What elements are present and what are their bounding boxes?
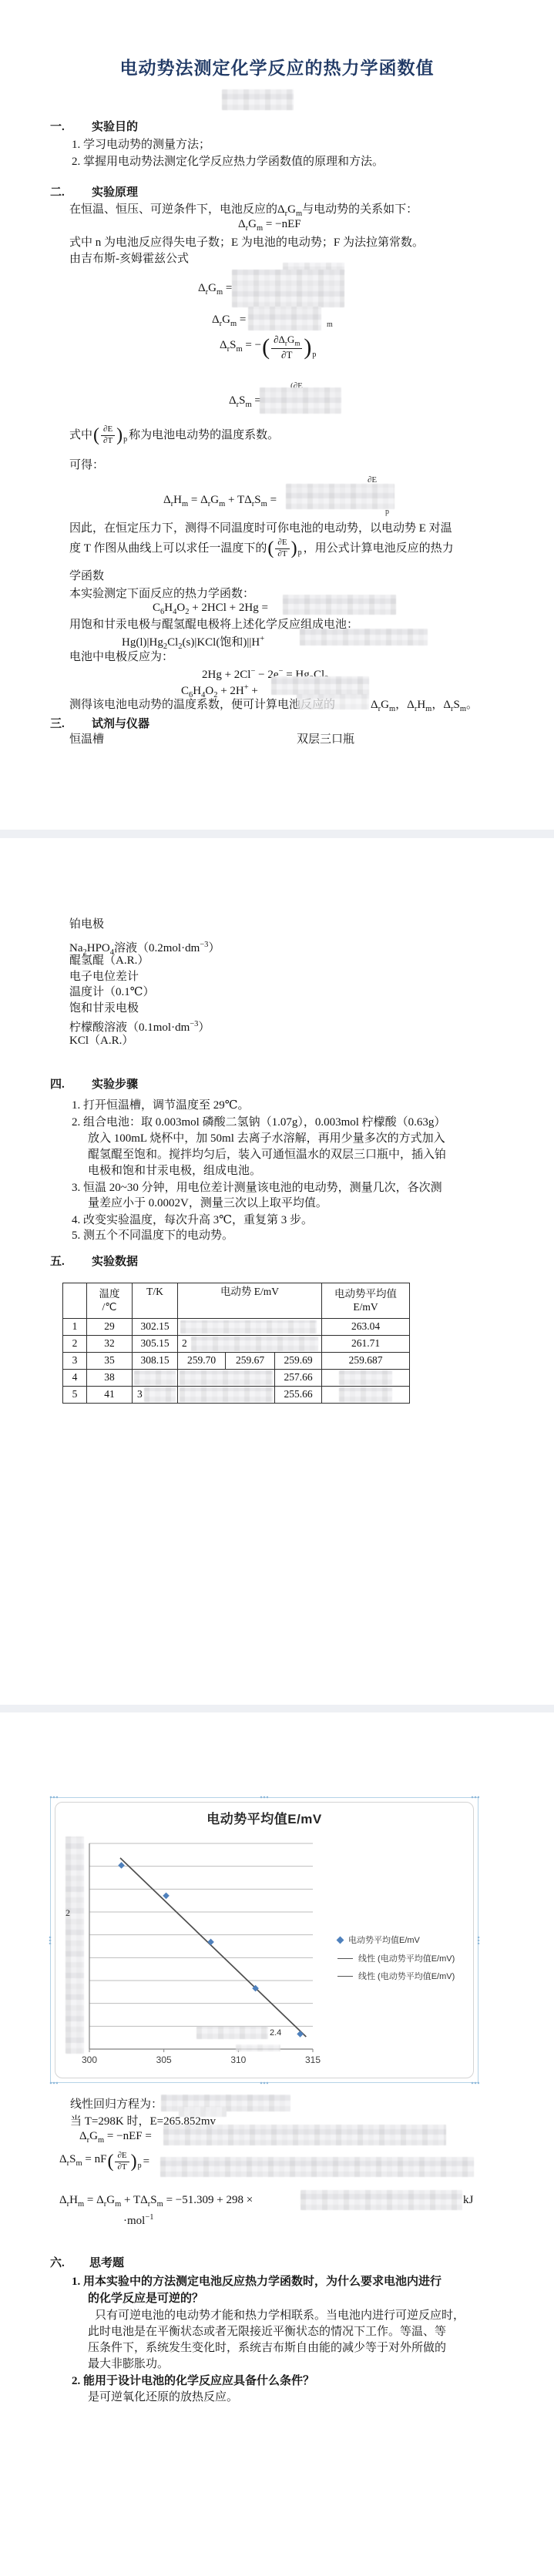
selection-handle[interactable] xyxy=(49,1796,58,1799)
page-2: 铂电极 Na2HPO4溶液（0.2mol·dm−3） 醌氢醌（A.R.） 电子电… xyxy=(0,838,554,1705)
paren: ( xyxy=(267,539,274,558)
table-header: T/K xyxy=(133,1283,178,1319)
table-cell xyxy=(178,1370,275,1387)
procedure-step: 2. 组合电池：取 0.003mol 磷酸二氢钠（1.07g），0.003mol… xyxy=(72,1115,445,1130)
trendline-icon xyxy=(337,1976,353,1977)
entropy-calculation: ΔrSm = nF ( ∂E ∂T ) p = xyxy=(59,2152,149,2172)
table-cell xyxy=(133,1370,178,1387)
fraction: ∂ΔrGm ∂T xyxy=(271,334,302,361)
reagent-item: 饱和甘汞电极 xyxy=(69,1001,139,1016)
procedure-step: 4. 改变实验温度，每次升高 3℃，重复第 3 步。 xyxy=(72,1213,313,1228)
procedure-step: 1. 打开恒温槽，调节温度至 29℃。 xyxy=(72,1098,250,1113)
selection-handle[interactable] xyxy=(260,1796,268,1799)
section3-number: 三. xyxy=(50,716,65,732)
fraction: ∂E ∂T xyxy=(275,538,289,558)
table-cell xyxy=(178,1387,275,1404)
procedure-step: 量差应小于 0.0002V，测量三次以上取平均值。 xyxy=(88,1196,327,1211)
table-header: 电动势平均值 E/mV xyxy=(322,1283,410,1319)
principle-paragraph: 本实验测定下面反应的热力学函数： xyxy=(69,586,254,602)
subscript-p: p xyxy=(123,432,127,448)
equation-redaction xyxy=(300,629,428,646)
table-cell: 305.15 xyxy=(133,1336,178,1353)
page-1: 电动势法测定化学反应的热力学函数值 一. 实验目的 1. 学习电动势的测量方法；… xyxy=(0,0,554,830)
text: 称为电池电动势的温度系数。 xyxy=(129,428,279,443)
calculation-redaction xyxy=(160,2157,474,2177)
formula-lhs: ΔrGm = xyxy=(198,280,232,300)
legend-label: 电动势平均值E/mV xyxy=(348,1934,420,1946)
legend-item[interactable]: 电动势平均值E/mV xyxy=(337,1935,420,1944)
table-row: 2 32 305.15 2 261.71 xyxy=(63,1336,410,1353)
formula-nEF: ΔrGm = −nEF xyxy=(238,216,301,236)
fraction: ∂E ∂T xyxy=(115,2152,129,2172)
subscript-p: p xyxy=(138,2158,142,2174)
trendline-equation-fragment: 2.4 xyxy=(270,2028,281,2038)
table-cell: 259.67 xyxy=(226,1353,275,1370)
paren: ) xyxy=(116,426,123,444)
selection-handle[interactable] xyxy=(260,2081,268,2085)
answer-2: 是可逆氧化还原的放热反应。 xyxy=(88,2390,238,2405)
paren: ( xyxy=(262,336,270,359)
legend-label: 线性 (电动势平均值E/mV) xyxy=(358,1970,455,1982)
scanned-lab-report: { "title": "电动势法测定化学反应的热力学函数值", "s1": {"… xyxy=(0,0,554,2576)
formula-redaction xyxy=(232,270,344,307)
table-row: 1 29 302.15 263.04 xyxy=(63,1319,410,1336)
x-tick-label: 300 xyxy=(82,2054,97,2065)
table-cell: 2 xyxy=(63,1336,87,1353)
procedure-step: 3. 恒温 20~30 分钟，用电位差计测量该电池的电动势，测量几次，各次测 xyxy=(72,1180,442,1196)
trendline-equation-redaction xyxy=(196,2027,268,2039)
table-cell: 3 xyxy=(133,1387,178,1404)
data-point[interactable] xyxy=(207,1939,214,1946)
objective-item: 2. 掌握用电动势法测定化学反应热力学函数值的原理和方法。 xyxy=(72,154,384,169)
trendline-icon xyxy=(337,1958,353,1959)
trendline xyxy=(120,1858,306,2037)
table-row: 3 35 308.15 259.70 259.67 259.69 259.687 xyxy=(63,1353,410,1370)
table-header: 温度 /℃ xyxy=(87,1283,133,1319)
enthalpy-formula: ΔrHm = ΔrGm + TΔrSm = xyxy=(163,492,277,512)
subscript-p: p xyxy=(312,347,316,363)
table-cell: 41 xyxy=(87,1387,133,1404)
formula-redaction xyxy=(260,387,341,414)
apparatus-item: 双层三口瓶 xyxy=(297,732,354,747)
table-cell: 29 xyxy=(87,1319,133,1336)
selection-handle[interactable] xyxy=(49,1936,52,1944)
table-cell: 35 xyxy=(87,1353,133,1370)
text-redaction xyxy=(297,694,369,709)
principle-paragraph: 可得： xyxy=(69,458,104,473)
table-row: 4 38 257.66 xyxy=(63,1370,410,1387)
table-cell: 5 xyxy=(63,1387,87,1404)
subscript-p: p xyxy=(298,545,302,561)
unit-fragment: kJ xyxy=(463,2192,473,2208)
table-cell xyxy=(322,1370,410,1387)
x-tick-label: 310 xyxy=(230,2054,246,2065)
question-1: 1. 用本实验中的方法测定电池反应热力学函数时，为什么要求电池内进行 xyxy=(72,2274,442,2289)
cell-redaction xyxy=(191,1337,318,1351)
selection-handle[interactable] xyxy=(471,1796,479,1799)
entropy-formula: ΔrSm = − ( ∂ΔrGm ∂T ) p xyxy=(220,334,317,361)
page-3: 300305310315 电动势平均值E/mV 2 2.4 电动势平均值E/mV… xyxy=(0,1712,554,2576)
calculation-redaction xyxy=(163,2125,446,2145)
procedure-step: 5. 测五个不同温度下的电动势。 xyxy=(72,1228,233,1243)
table-cell: 32 xyxy=(87,1336,133,1353)
table-cell: 255.66 xyxy=(275,1387,322,1404)
text-redaction xyxy=(179,2107,227,2117)
section3-heading: 试剂与仪器 xyxy=(92,716,149,732)
paren: ( xyxy=(107,2152,113,2171)
text: ，用公式计算电池反应的热力 xyxy=(304,541,454,556)
principle-paragraph: 测得该电池电动势的温度系数，便可计算电池反应的 xyxy=(69,697,335,713)
principle-paragraph: 因此，在恒定压力下，测得不同温度时可你电池的电动势，以电动势 E 对温 xyxy=(69,521,452,536)
enthalpy-calculation: ΔrHm = ΔrGm + TΔrSm = −51.309 + 298 × xyxy=(59,2192,253,2212)
formula-text: = xyxy=(143,2154,149,2169)
procedure-step: 醌氢醌至饱和。搅拌均匀后，装入可通恒温水的双层三口瓶中，插入铂 xyxy=(88,1147,446,1162)
cell-redaction xyxy=(144,1387,176,1402)
legend-item[interactable]: 线性 (电动势平均值E/mV) xyxy=(337,1954,455,1963)
page-separator xyxy=(0,1705,554,1712)
embedded-chart-object[interactable]: 300305310315 电动势平均值E/mV 2 2.4 电动势平均值E/mV… xyxy=(50,1797,478,2083)
principle-paragraph: 度 T 作图从曲线上可以求任一温度下的 ( ∂E ∂T ) p ，用公式计算电池… xyxy=(69,538,454,558)
chart-title: 电动势平均值E/mV xyxy=(51,1808,478,1827)
data-point[interactable] xyxy=(163,1893,170,1900)
answer-1: 只有可逆电池的电动势才能和热力学相联系。当电池内进行可逆反应时， xyxy=(95,2308,465,2323)
y-axis-label-fragment: 2 xyxy=(65,1907,70,1919)
table-cell xyxy=(178,1319,322,1336)
diamond-marker-icon xyxy=(337,1936,344,1944)
formula-redaction xyxy=(248,307,321,330)
procedure-step: 放入 100mL 烧杯中，加 50ml 去离子水溶解，再用少量多次的方式加入 xyxy=(88,1131,445,1146)
table-cell: 259.687 xyxy=(322,1353,410,1370)
section2-number: 二. xyxy=(50,185,65,200)
formula-fragment: p xyxy=(385,508,389,516)
text: 度 T 作图从曲线上可以求任一温度下的 xyxy=(69,541,267,556)
table-cell: 3 xyxy=(63,1353,87,1370)
cell-redaction xyxy=(180,1387,273,1402)
cell-redaction xyxy=(134,1370,176,1385)
formula-redaction xyxy=(286,484,395,509)
formula-lhs: ΔrGm = xyxy=(212,312,246,332)
section2-heading: 实验原理 xyxy=(92,185,138,200)
temperature-coefficient-note: 式中 ( ∂E ∂T ) p 称为电池电动势的温度系数。 xyxy=(69,425,279,445)
cell-redaction xyxy=(180,1370,273,1385)
x-tick-label: 315 xyxy=(305,2054,321,2065)
formula-lhs: ΔrSm = xyxy=(229,393,261,413)
table-cell: 263.04 xyxy=(322,1319,410,1336)
legend-item[interactable]: 线性 (电动势平均值E/mV) xyxy=(337,1971,455,1981)
formula-text: ΔrSm = − xyxy=(220,337,261,357)
formula-fragment: m xyxy=(327,320,333,329)
formula-text: ΔrSm = nF xyxy=(59,2152,106,2172)
gibbs-calculation: ΔrGm = −nEF = xyxy=(79,2128,152,2148)
cell-redaction xyxy=(339,1370,392,1385)
data-point[interactable] xyxy=(297,2031,304,2038)
data-table: 温度 /℃ T/K 电动势 E/mV 电动势平均值 E/mV 1 29 302.… xyxy=(62,1283,410,1404)
table-cell: 1 xyxy=(63,1319,87,1336)
principle-paragraph: 电池中电极反应为： xyxy=(69,649,173,665)
page-separator xyxy=(0,830,554,838)
cell-redaction xyxy=(180,1320,317,1333)
selection-handle[interactable] xyxy=(49,2081,58,2085)
question-2: 2. 能用于设计电池的化学反应应具备什么条件？ xyxy=(72,2373,314,2389)
principle-paragraph: 由吉布斯-亥姆霍兹公式 xyxy=(69,251,189,267)
reagent-item: 醌氢醌（A.R.） xyxy=(69,953,149,968)
axis-redaction xyxy=(236,2044,280,2051)
table-cell: 4 xyxy=(63,1370,87,1387)
reagent-item: 温度计（0.1℃） xyxy=(69,984,155,1000)
table-cell: 302.15 xyxy=(133,1319,178,1336)
reagent-item: KCl（A.R.） xyxy=(69,1033,133,1048)
equation-redaction xyxy=(271,676,369,695)
apparatus-item: 恒温槽 xyxy=(69,732,104,747)
table-cell: 38 xyxy=(87,1370,133,1387)
paren: ) xyxy=(291,539,297,558)
equation-redaction xyxy=(283,595,396,615)
question-1: 的化学反应是可逆的？ xyxy=(88,2291,203,2306)
objective-item: 1. 学习电动势的测量方法； xyxy=(72,137,210,153)
answer-1: 此时电池是在平衡状态或者无限接近平衡状态的情况下工作。等温、等 xyxy=(88,2324,446,2340)
paren: ) xyxy=(304,336,311,359)
fraction: ∂E ∂T xyxy=(101,425,115,445)
data-point[interactable] xyxy=(118,1862,125,1869)
selection-handle[interactable] xyxy=(471,2081,479,2085)
section1-heading: 实验目的 xyxy=(92,119,138,135)
x-tick-label: 305 xyxy=(156,2054,172,2065)
selection-handle[interactable] xyxy=(477,1936,480,1944)
table-cell: 308.15 xyxy=(133,1353,178,1370)
principle-paragraph: ΔrGm，ΔrHm，ΔrSm。 xyxy=(371,697,478,717)
section1-number: 一. xyxy=(50,119,65,135)
document-title: 电动势法测定化学反应的热力学函数值 xyxy=(0,54,554,79)
procedure-step: 电极和饱和甘汞电极，组成电池。 xyxy=(88,1163,261,1179)
principle-paragraph: 学函数 xyxy=(69,569,104,584)
section5-number: 五. xyxy=(50,1254,65,1270)
cell-redaction xyxy=(339,1387,392,1402)
answer-1: 最大非膨胀功。 xyxy=(88,2356,169,2372)
section6-number: 六. xyxy=(50,2256,65,2271)
table-cell: 261.71 xyxy=(322,1336,410,1353)
section6-heading: 思考题 xyxy=(89,2256,124,2271)
table-header xyxy=(63,1283,87,1319)
section4-heading: 实验步骤 xyxy=(92,1077,138,1092)
table-cell: 259.69 xyxy=(275,1353,322,1370)
text: 式中 xyxy=(69,428,92,443)
regression-label: 线性回归方程为： xyxy=(70,2097,163,2112)
unit-line: ·mol−1 xyxy=(123,2210,154,2229)
y-axis-labels-redaction xyxy=(65,1836,84,2054)
author-redaction xyxy=(222,89,294,110)
table-header: 电动势 E/mV xyxy=(178,1283,322,1319)
reagent-item: 电子电位差计 xyxy=(69,969,139,984)
answer-1: 压条件下，系统发生变化时，系统吉布斯自由能的减少等于对外所做的 xyxy=(88,2340,446,2356)
table-row: 5 41 3 255.66 xyxy=(63,1387,410,1404)
reagent-item: 铂电极 xyxy=(69,917,104,932)
section4-number: 四. xyxy=(50,1077,65,1092)
table-cell: 257.66 xyxy=(275,1370,322,1387)
table-cell xyxy=(322,1387,410,1404)
table-cell: 259.70 xyxy=(178,1353,226,1370)
calculation-redaction xyxy=(301,2190,462,2210)
table-cell: 2 xyxy=(178,1336,322,1353)
paren: ( xyxy=(93,426,99,444)
section5-heading: 实验数据 xyxy=(92,1254,138,1270)
legend-label: 线性 (电动势平均值E/mV) xyxy=(358,1952,455,1964)
principle-paragraph: 式中 n 为电池反应得失电子数；E 为电池的电动势；F 为法拉第常数。 xyxy=(69,235,424,250)
paren: ) xyxy=(131,2152,137,2171)
